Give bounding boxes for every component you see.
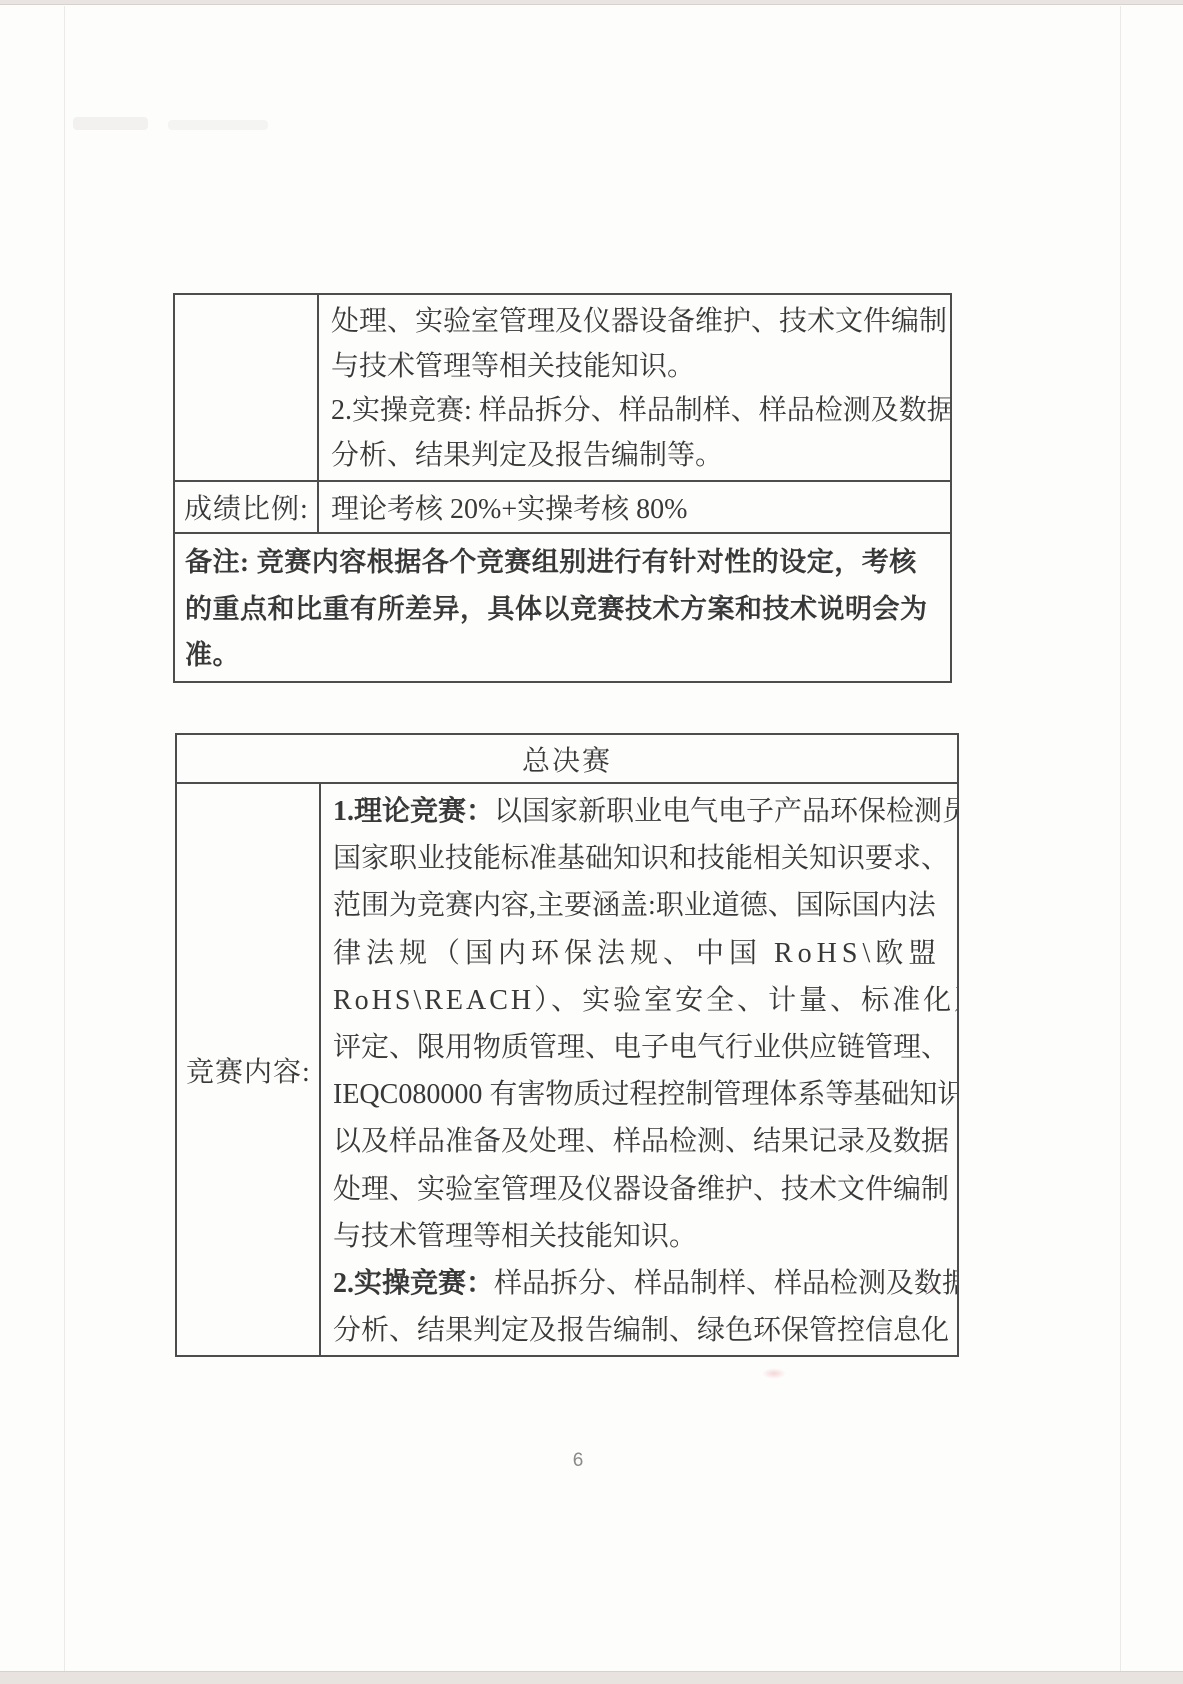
text-segment: 处理、实验室管理及仪器设备维护、技术文件编制 bbox=[331, 306, 947, 337]
text-segment: RoHS\REACH）、实验室安全、计量、标准化及合 bbox=[333, 985, 957, 1016]
score-ratio-value: 理论考核 20%+实操考核 80% bbox=[319, 482, 950, 532]
text-line: 处理、实验室管理及仪器设备维护、技术文件编制 bbox=[331, 300, 942, 345]
score-ratio-row: 成绩比例: 理论考核 20%+实操考核 80% bbox=[175, 482, 950, 534]
note-line: 准。 bbox=[185, 632, 940, 679]
score-ratio-label: 成绩比例: bbox=[175, 482, 319, 532]
scan-edge-top-strip bbox=[0, 0, 1183, 5]
text-segment: 分析、结果判定及报告编制等。 bbox=[331, 440, 723, 471]
text-segment: 律法规（国内环保法规、中国 RoHS\欧盟 bbox=[333, 938, 941, 969]
note-line: 备注: 竞赛内容根据各个竞赛组别进行有针对性的设定，考核 bbox=[185, 539, 940, 586]
final-round-table: 总决赛 竞赛内容: 1.理论竞赛：以国家新职业电气电子产品环保检测员 国家职业技… bbox=[175, 733, 959, 1357]
final-table-title: 总决赛 bbox=[177, 735, 957, 784]
text-segment: 与技术管理等相关技能知识。 bbox=[331, 351, 695, 382]
text-line: IEQC080000 有害物质过程控制管理体系等基础知识 bbox=[333, 1071, 949, 1118]
text-segment: 处理、实验室管理及仪器设备维护、技术文件编制 bbox=[333, 1174, 949, 1205]
note-line: 的重点和比重有所差异，具体以竞赛技术方案和技术说明会为 bbox=[185, 586, 940, 633]
text-line: 评定、限用物质管理、电子电气行业供应链管理、 bbox=[333, 1024, 949, 1071]
preliminary-round-table: 处理、实验室管理及仪器设备维护、技术文件编制 与技术管理等相关技能知识。 2.实… bbox=[173, 293, 952, 683]
final-table-body: 竞赛内容: 1.理论竞赛：以国家新职业电气电子产品环保检测员 国家职业技能标准基… bbox=[177, 784, 957, 1355]
text-line: 处理、实验室管理及仪器设备维护、技术文件编制 bbox=[333, 1166, 949, 1213]
text-segment: 与技术管理等相关技能知识。 bbox=[333, 1221, 697, 1252]
text-segment: 以及样品准备及处理、样品检测、结果记录及数据 bbox=[333, 1126, 949, 1157]
text-line: 与技术管理等相关技能知识。 bbox=[331, 345, 942, 390]
scan-smudge bbox=[762, 1368, 786, 1379]
text-segment: 以国家新职业电气电子产品环保检测员 bbox=[494, 796, 957, 827]
text-line: 1.理论竞赛：以国家新职业电气电子产品环保检测员 bbox=[333, 788, 949, 835]
text-line: 2.实操竞赛: 样品拆分、样品制样、样品检测及数据 bbox=[331, 389, 942, 434]
text-line: RoHS\REACH）、实验室安全、计量、标准化及合 bbox=[333, 977, 949, 1024]
competition-content-label: 竞赛内容: bbox=[177, 784, 321, 1355]
text-line: 范围为竞赛内容,主要涵盖:职业道德、国际国内法 bbox=[333, 882, 949, 929]
bold-segment: 1.理论竞赛： bbox=[333, 796, 494, 827]
scan-smudge bbox=[168, 120, 268, 130]
scan-page-left-edge bbox=[64, 6, 65, 1671]
text-segment: 国家职业技能标准基础知识和技能相关知识要求、 bbox=[333, 843, 949, 874]
scan-edge-bottom-strip bbox=[0, 1671, 1183, 1684]
text-line: 2.实操竞赛：样品拆分、样品制样、样品检测及数据 bbox=[333, 1260, 949, 1307]
text-segment: 范围为竞赛内容,主要涵盖:职业道德、国际国内法 bbox=[333, 890, 936, 921]
text-line: 以及样品准备及处理、样品检测、结果记录及数据 bbox=[333, 1118, 949, 1165]
scan-smudge bbox=[73, 117, 148, 130]
text-line: 律法规（国内环保法规、中国 RoHS\欧盟 bbox=[333, 930, 949, 977]
row-label-cell-empty bbox=[175, 295, 319, 480]
scanned-document-page: 处理、实验室管理及仪器设备维护、技术文件编制 与技术管理等相关技能知识。 2.实… bbox=[0, 0, 1183, 1684]
text-segment: 样品拆分、样品制样、样品检测及数据 bbox=[494, 1268, 957, 1299]
text-line: 国家职业技能标准基础知识和技能相关知识要求、 bbox=[333, 835, 949, 882]
note-cell: 备注: 竞赛内容根据各个竞赛组别进行有针对性的设定，考核 的重点和比重有所差异，… bbox=[175, 534, 950, 681]
competition-content-row: 处理、实验室管理及仪器设备维护、技术文件编制 与技术管理等相关技能知识。 2.实… bbox=[175, 295, 950, 482]
text-line: 分析、结果判定及报告编制等。 bbox=[331, 434, 942, 479]
page-number: 6 bbox=[563, 1450, 593, 1472]
scan-page-right-edge bbox=[1120, 6, 1121, 1671]
competition-content-cell: 1.理论竞赛：以国家新职业电气电子产品环保检测员 国家职业技能标准基础知识和技能… bbox=[321, 784, 957, 1355]
text-segment: 评定、限用物质管理、电子电气行业供应链管理、 bbox=[333, 1032, 949, 1063]
text-segment: 2.实操竞赛: 样品拆分、样品制样、样品检测及数据 bbox=[331, 395, 950, 426]
text-segment: 分析、结果判定及报告编制、绿色环保管控信息化 bbox=[333, 1315, 949, 1346]
bold-segment: 2.实操竞赛： bbox=[333, 1268, 494, 1299]
text-segment: IEQC080000 有害物质过程控制管理体系等基础知识 bbox=[333, 1079, 957, 1110]
text-line: 与技术管理等相关技能知识。 bbox=[333, 1213, 949, 1260]
text-line: 分析、结果判定及报告编制、绿色环保管控信息化 bbox=[333, 1307, 949, 1354]
competition-content-cell: 处理、实验室管理及仪器设备维护、技术文件编制 与技术管理等相关技能知识。 2.实… bbox=[319, 295, 950, 480]
